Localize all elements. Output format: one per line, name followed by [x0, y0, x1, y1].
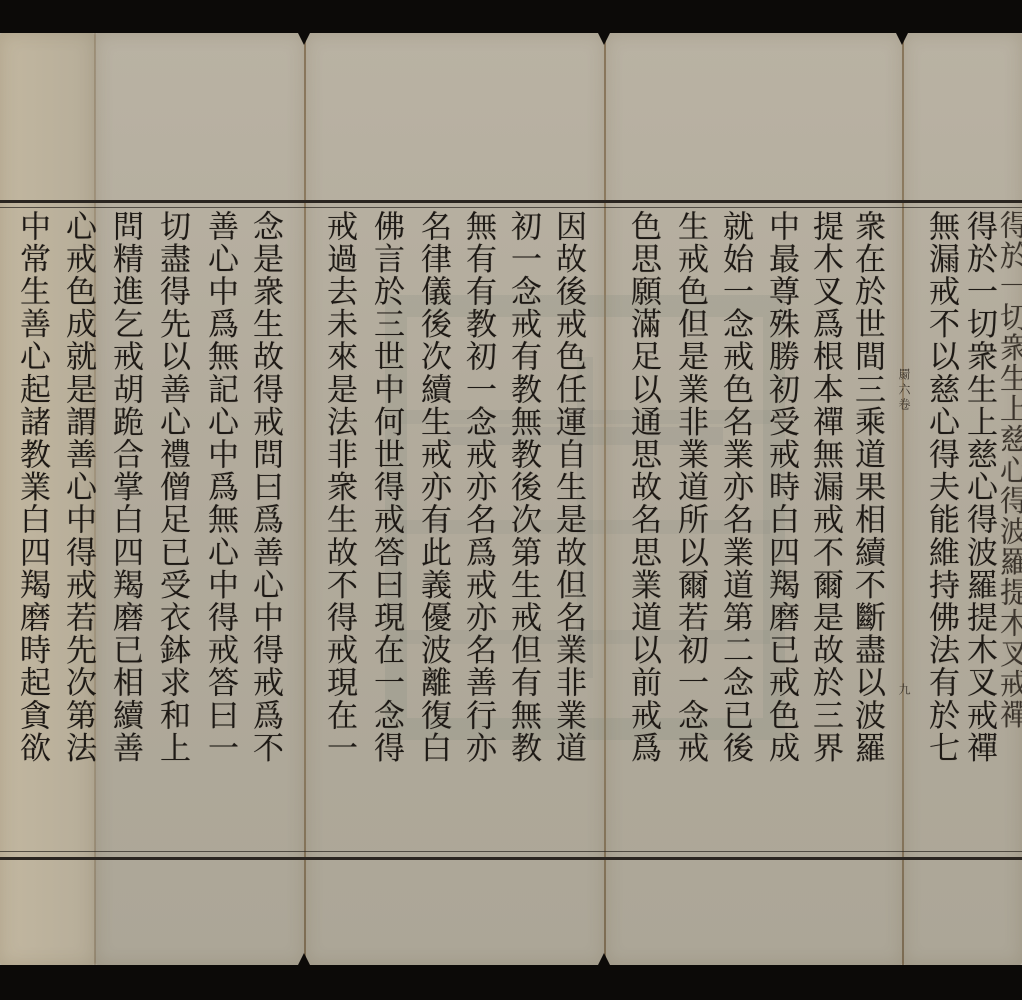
text-column: 得於一切衆生上慈心得波羅提木叉戒禪: [962, 210, 996, 764]
text-column: 無漏戒不以慈心得夫能維持佛法有於七: [924, 210, 958, 764]
page-number: 九: [897, 683, 911, 698]
text-column: 衆在於世間三乘道果相續不斷盡以波羅: [850, 210, 884, 764]
text-column: 佛言於三世中何世得戒答曰現在一念得: [369, 210, 403, 764]
text-column: 初一念戒有教無教後次第生戒但有無教: [506, 210, 540, 764]
bottom-border-rule-thick: [0, 857, 1022, 860]
text-column: 無有有教初一念戒亦名爲戒亦名善行亦: [461, 210, 495, 764]
paper-notch: [896, 33, 908, 45]
text-column: 中常生善心起諸教業白四羯磨時起貪欲: [15, 210, 49, 764]
text-column: 切盡得先以善心禮僧足已受衣鉢求和上: [155, 210, 189, 764]
top-border-rule-thick: [0, 200, 1022, 203]
text-column: 生戒色但是業非業道所以爾若初一念戒: [673, 210, 707, 764]
text-column: 念是衆生故得戒問曰爲善心中得戒爲不: [248, 210, 282, 764]
text-column: 因故後戒色任運自生是故但名業非業道: [551, 210, 585, 764]
text-column-partial: 得於一切衆生上慈心得波羅提木叉戒禪: [1000, 210, 1022, 730]
text-column: 心戒色成就是謂善心中得戒若先次第法: [61, 210, 95, 764]
text-column: 問精進乞戒胡跪合掌白四羯磨已相續善: [108, 210, 142, 764]
text-column: 名律儀後次續生戒亦有此義優波離復白: [416, 210, 450, 764]
paper-notch: [598, 33, 610, 45]
text-column: 提木叉爲根本禪無漏戒不爾是故於三界: [808, 210, 842, 764]
text-column: 善心中爲無記心中爲無心中得戒答曰一: [203, 210, 237, 764]
text-column: 色思願滿足以通思故名思業道以前戒爲: [626, 210, 660, 764]
text-column: 中最尊殊勝初受戒時白四羯磨已戒色成: [764, 210, 798, 764]
text-column: 就始一念戒色名業亦名業道第二念已後: [718, 210, 752, 764]
top-border-rule-thin: [0, 207, 1022, 208]
scripture-text: 得於一切衆生上慈心得波羅提木叉戒禪 得於一切衆生上慈心得波羅提木叉戒禪 無漏戒不…: [0, 210, 1022, 855]
text-column: 戒過去未來是法非衆生故不得戒現在一: [322, 210, 356, 764]
paper-notch: [298, 33, 310, 45]
paper-notch: [298, 953, 310, 965]
paper-notch: [598, 953, 610, 965]
volume-label: 罽六卷: [897, 368, 911, 413]
